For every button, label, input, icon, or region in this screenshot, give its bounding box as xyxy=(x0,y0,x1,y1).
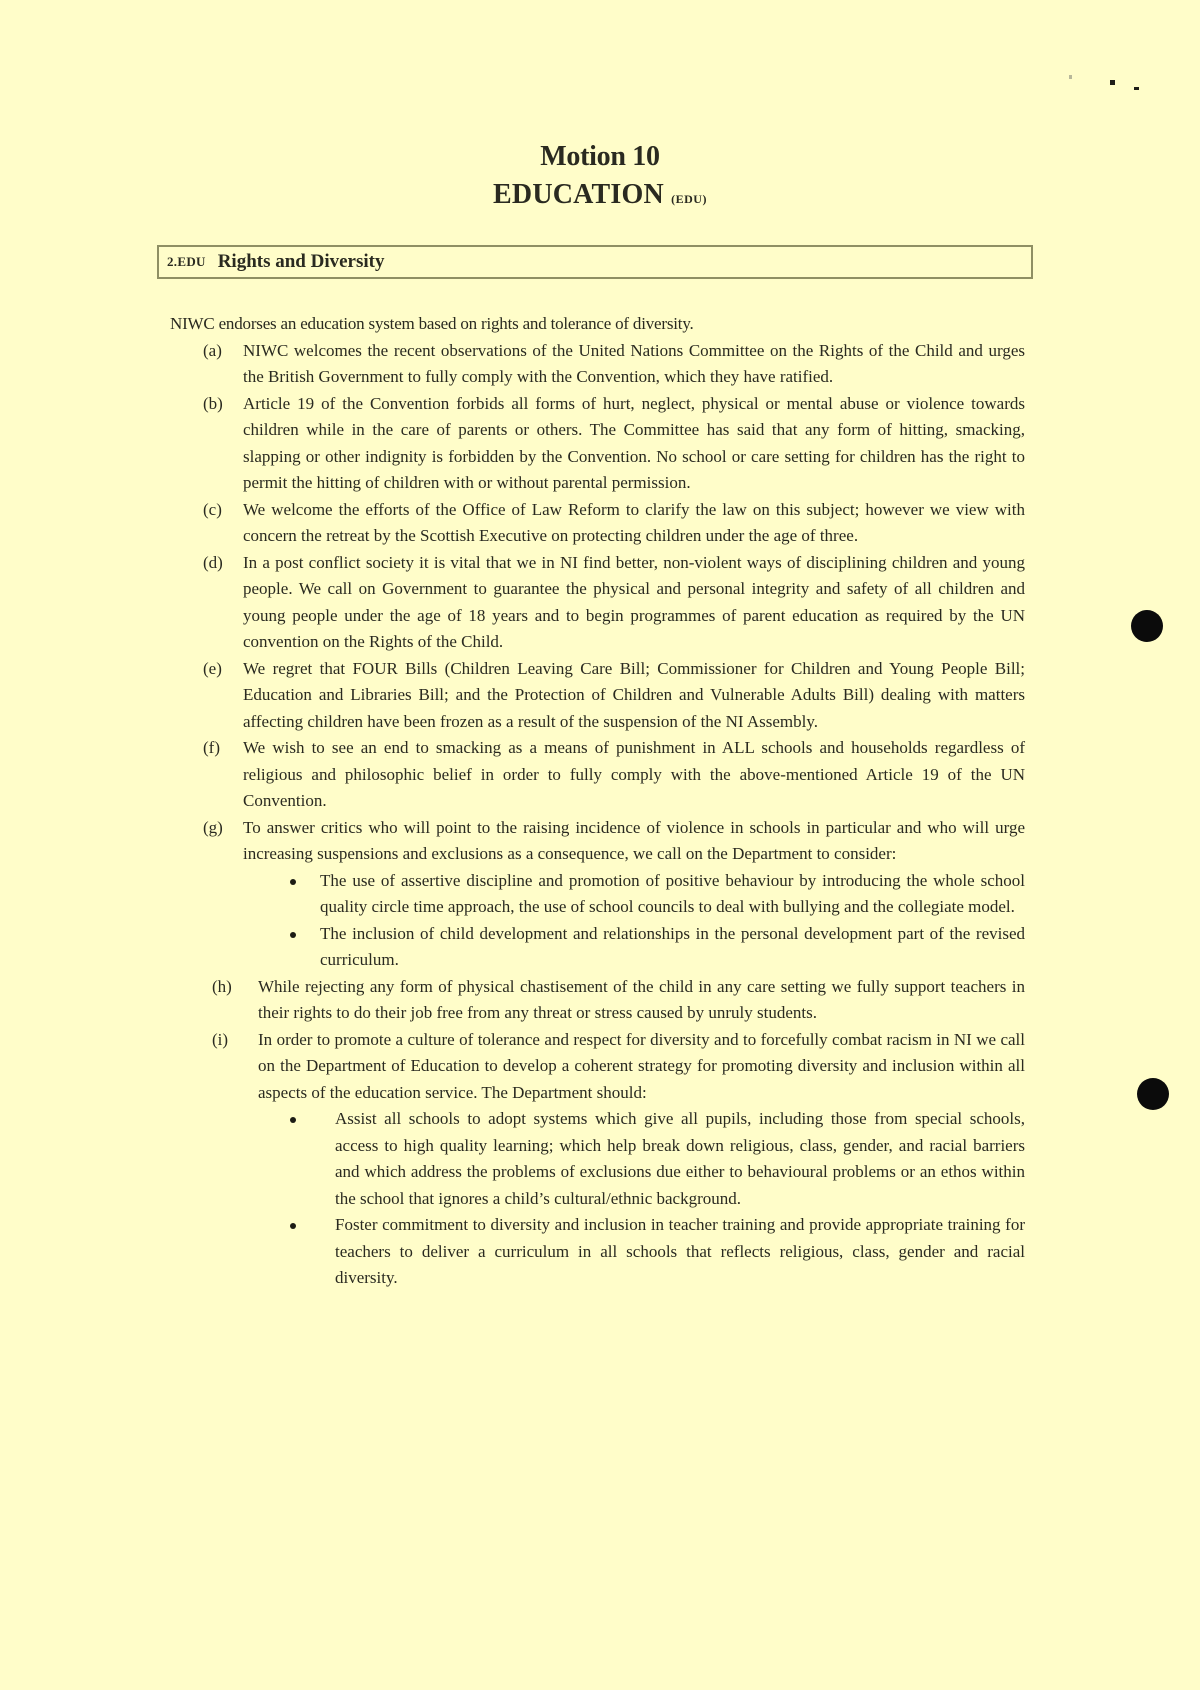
item-label: (c) xyxy=(203,497,222,524)
item-label: (a) xyxy=(203,338,222,365)
item-label: (g) xyxy=(203,815,223,842)
item-label: (b) xyxy=(203,391,223,418)
bullet-text: Assist all schools to adopt systems whic… xyxy=(335,1109,1025,1208)
item-label: (f) xyxy=(203,735,220,762)
motion-item-g: (g) To answer critics who will point to … xyxy=(203,815,1025,868)
motion-item-a: (a) NIWC welcomes the recent observation… xyxy=(203,338,1025,391)
motion-item-d: (d) In a post conflict society it is vit… xyxy=(203,550,1025,656)
scan-speck xyxy=(1069,75,1072,79)
motion-item-h: (h) While rejecting any form of physical… xyxy=(218,974,1025,1027)
motion-item-f: (f) We wish to see an end to smacking as… xyxy=(203,735,1025,815)
motion-topic-label: EDUCATION xyxy=(493,179,664,210)
motion-number: Motion 10 xyxy=(0,138,1200,176)
item-text: In a post conflict society it is vital t… xyxy=(243,553,1025,652)
section-title: Rights and Diversity xyxy=(218,251,385,273)
item-i-bullets: Assist all schools to adopt systems whic… xyxy=(170,1106,1025,1292)
bullet-icon xyxy=(290,932,296,938)
item-text: We welcome the efforts of the Office of … xyxy=(243,500,1025,546)
item-label: (d) xyxy=(203,550,223,577)
document-title: Motion 10 EDUCATION (EDU) xyxy=(0,138,1200,218)
item-label: (i) xyxy=(212,1027,228,1054)
motion-topic: EDUCATION (EDU) xyxy=(0,176,1200,218)
bullet-item: Foster commitment to diversity and inclu… xyxy=(335,1212,1025,1292)
bullet-item: The use of assertive discipline and prom… xyxy=(320,868,1025,921)
motion-item-c: (c) We welcome the efforts of the Office… xyxy=(203,497,1025,550)
item-text: We regret that FOUR Bills (Children Leav… xyxy=(243,659,1025,731)
bullet-icon xyxy=(290,879,296,885)
item-text: Article 19 of the Convention forbids all… xyxy=(243,394,1025,493)
item-text: In order to promote a culture of toleran… xyxy=(258,1030,1025,1102)
punch-hole-lower xyxy=(1137,1078,1169,1110)
motion-item-b: (b) Article 19 of the Convention forbids… xyxy=(203,391,1025,497)
motion-item-i: (i) In order to promote a culture of tol… xyxy=(218,1027,1025,1107)
scan-speck xyxy=(1134,87,1139,90)
section-header: 2.EDU Rights and Diversity xyxy=(157,245,1033,279)
motion-body: NIWC endorses an education system based … xyxy=(170,311,1025,1292)
item-text: To answer critics who will point to the … xyxy=(243,818,1025,864)
motion-item-e: (e) We regret that FOUR Bills (Children … xyxy=(203,656,1025,736)
item-g-bullets: The use of assertive discipline and prom… xyxy=(170,868,1025,974)
item-text: We wish to see an end to smacking as a m… xyxy=(243,738,1025,810)
scan-speck xyxy=(1110,80,1115,85)
punch-hole-upper xyxy=(1131,610,1163,642)
bullet-item: The inclusion of child development and r… xyxy=(320,921,1025,974)
bullet-icon xyxy=(290,1223,296,1229)
bullet-icon xyxy=(290,1117,296,1123)
bullet-text: Foster commitment to diversity and inclu… xyxy=(335,1215,1025,1287)
item-text: NIWC welcomes the recent observations of… xyxy=(243,341,1025,387)
section-code: 2.EDU xyxy=(167,254,206,270)
intro-paragraph: NIWC endorses an education system based … xyxy=(170,311,1025,338)
bullet-item: Assist all schools to adopt systems whic… xyxy=(335,1106,1025,1212)
motion-topic-code: (EDU) xyxy=(671,192,707,206)
item-label: (e) xyxy=(203,656,222,683)
bullet-text: The inclusion of child development and r… xyxy=(320,924,1025,970)
bullet-text: The use of assertive discipline and prom… xyxy=(320,871,1025,917)
item-label: (h) xyxy=(212,974,232,1001)
item-text: While rejecting any form of physical cha… xyxy=(258,977,1025,1023)
